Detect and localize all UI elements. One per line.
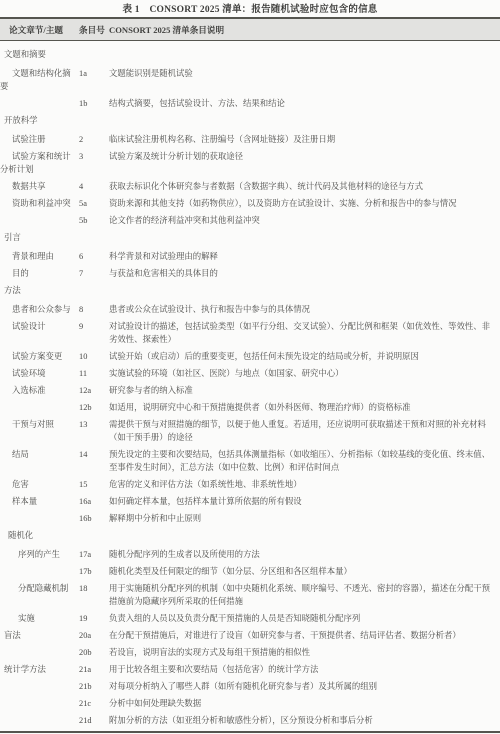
table-row: 5b论文作者的经济利益冲突和其他利益冲突 [0, 214, 500, 227]
row-topic: 试验方案变更 [0, 350, 72, 363]
section-label: 方法 [0, 284, 500, 297]
table-row: 文题和结构化摘要1a文题能识别是随机试验 [0, 67, 500, 93]
row-description: 研究参与者的纳入标准 [109, 384, 500, 397]
row-description: 对试验设计的描述，包括试验类型（如平行分组、交叉试验）、分配比例和框架（如优效性… [109, 320, 500, 346]
section-row: 文题和摘要 [0, 48, 500, 61]
row-description: 如适用，说明研究中心和干预措施提供者（如外科医师、物理治疗师）的资格标准 [109, 401, 500, 414]
row-description: 试验方案及统计分析计划的获取途径 [109, 150, 500, 176]
row-item-number: 20b [72, 646, 109, 659]
row-item-number: 7 [72, 267, 109, 280]
table-title: 表 1 CONSORT 2025 清单：报告随机试验时应包含的信息 [0, 0, 500, 17]
table-row: 入选标准12a研究参与者的纳入标准 [0, 384, 500, 397]
row-topic [0, 714, 72, 727]
table-row: 分配隐藏机制18用于实施随机分配序列的机制（如中央随机化系统、顺序编号、不透光、… [0, 582, 500, 608]
header-item-number: 条目号 [72, 24, 109, 36]
row-item-number: 11 [72, 367, 109, 380]
row-item-number: 16a [72, 495, 109, 508]
table-row: 16b解释期中分析和中止原则 [0, 512, 500, 525]
row-description: 随机化类型及任何限定的细节（如分层、分区组和各区组样本量） [109, 565, 500, 578]
row-topic: 试验注册 [0, 133, 72, 146]
row-item-number: 12b [72, 401, 109, 414]
row-topic: 试验环境 [0, 367, 72, 380]
row-topic: 数据共享 [0, 180, 72, 193]
row-topic: 背景和理由 [0, 250, 72, 263]
row-item-number: 8 [72, 303, 109, 316]
row-description: 文题能识别是随机试验 [109, 67, 500, 93]
table-row: 试验环境11实施试验的环境（如社区、医院）与地点（如国家、研究中心） [0, 367, 500, 380]
row-description: 危害的定义和评估方法（如系统性地、非系统性地） [109, 478, 500, 491]
row-item-number: 5a [72, 197, 109, 210]
table-row: 20b若设盲，说明盲法的实现方式及每组干预措施的相似性 [0, 646, 500, 659]
section-label: 开放科学 [0, 114, 500, 127]
row-item-number: 2 [72, 133, 109, 146]
section-label: 引言 [0, 231, 500, 244]
row-item-number: 1b [72, 97, 109, 110]
row-item-number: 14 [72, 448, 109, 474]
row-description: 获取去标识化个体研究参与者数据（含数据字典）、统计代码及其他材料的途径与方式 [109, 180, 500, 193]
row-item-number: 4 [72, 180, 109, 193]
table-row: 结局14预先设定的主要和次要结局，包括具体测量指标（如收缩压）、分析指标（如较基… [0, 448, 500, 474]
table-row: 样本量16a如何确定样本量，包括样本量计算所依据的所有假设 [0, 495, 500, 508]
row-topic: 试验设计 [0, 320, 72, 346]
row-topic: 目的 [0, 267, 72, 280]
row-item-number: 21d [72, 714, 109, 727]
row-item-number: 5b [72, 214, 109, 227]
row-description: 在分配干预措施后，对谁进行了设盲（如研究参与者、干预提供者、结局评估者、数据分析… [109, 629, 500, 642]
row-description: 对每项分析纳入了哪些人群（如所有随机化研究参与者）及其所属的组别 [109, 680, 500, 693]
row-description: 与获益和危害相关的具体目的 [109, 267, 500, 280]
header-topic: 论文章节/主题 [0, 24, 72, 36]
row-description: 随机分配序列的生成者以及所使用的方法 [109, 548, 500, 561]
row-topic: 危害 [0, 478, 72, 491]
row-description: 论文作者的经济利益冲突和其他利益冲突 [109, 214, 500, 227]
row-topic [0, 565, 72, 578]
section-row: 开放科学 [0, 114, 500, 127]
row-item-number: 18 [72, 582, 109, 608]
row-topic [0, 214, 72, 227]
row-item-number: 17b [72, 565, 109, 578]
row-item-number: 10 [72, 350, 109, 363]
table-row: 21d附加分析的方法（如亚组分析和敏感性分析），区分预设分析和事后分析 [0, 714, 500, 727]
row-topic: 资助和利益冲突 [0, 197, 72, 210]
row-topic: 试验方案和统计分析计划 [0, 150, 72, 176]
row-description: 附加分析的方法（如亚组分析和敏感性分析），区分预设分析和事后分析 [109, 714, 500, 727]
row-item-number: 3 [72, 150, 109, 176]
row-topic: 干预与对照 [0, 418, 72, 444]
row-description: 预先设定的主要和次要结局，包括具体测量指标（如收缩压）、分析指标（如较基线的变化… [109, 448, 500, 474]
row-item-number: 21c [72, 697, 109, 710]
row-topic: 分配隐藏机制 [0, 582, 72, 608]
row-description: 资助来源和其他支持（如药物供应），以及资助方在试验设计、实施、分析和报告中的参与… [109, 197, 500, 210]
section-label: 随机化 [0, 529, 500, 542]
row-item-number: 13 [72, 418, 109, 444]
row-description: 结构式摘要，包括试验设计、方法、结果和结论 [109, 97, 500, 110]
row-description: 实施试验的环境（如社区、医院）与地点（如国家、研究中心） [109, 367, 500, 380]
row-topic [0, 512, 72, 525]
row-topic [0, 680, 72, 693]
section-row: 引言 [0, 231, 500, 244]
row-description: 分析中如何处理缺失数据 [109, 697, 500, 710]
row-description: 若设盲，说明盲法的实现方式及每组干预措施的相似性 [109, 646, 500, 659]
table-row: 试验方案和统计分析计划3试验方案及统计分析计划的获取途径 [0, 150, 500, 176]
row-description: 试验开始（或启动）后的重要变更，包括任何未预先设定的结局或分析，并说明原因 [109, 350, 500, 363]
table-row: 患者和公众参与8患者或公众在试验设计、执行和报告中参与的具体情况 [0, 303, 500, 316]
header-description: CONSORT 2025 清单条目说明 [109, 24, 500, 36]
table-row: 目的7与获益和危害相关的具体目的 [0, 267, 500, 280]
table-row: 数据共享4获取去标识化个体研究参与者数据（含数据字典）、统计代码及其他材料的途径… [0, 180, 500, 193]
row-description: 如何确定样本量，包括样本量计算所依据的所有假设 [109, 495, 500, 508]
table-row: 资助和利益冲突5a资助来源和其他支持（如药物供应），以及资助方在试验设计、实施、… [0, 197, 500, 210]
row-item-number: 21a [72, 663, 109, 676]
row-topic: 样本量 [0, 495, 72, 508]
table-row: 背景和理由6科学背景和对试验理由的解释 [0, 250, 500, 263]
section-row: 方法 [0, 284, 500, 297]
table-row: 试验设计9对试验设计的描述，包括试验类型（如平行分组、交叉试验）、分配比例和框架… [0, 320, 500, 346]
row-item-number: 15 [72, 478, 109, 491]
row-item-number: 6 [72, 250, 109, 263]
row-description: 解释期中分析和中止原则 [109, 512, 500, 525]
table-row: 21c分析中如何处理缺失数据 [0, 697, 500, 710]
table-header-row: 论文章节/主题 条目号 CONSORT 2025 清单条目说明 [0, 17, 500, 41]
row-topic [0, 401, 72, 414]
table-body: 文题和摘要文题和结构化摘要1a文题能识别是随机试验1b结构式摘要，包括试验设计、… [0, 41, 500, 727]
table-row: 17b随机化类型及任何限定的细节（如分层、分区组和各区组样本量） [0, 565, 500, 578]
row-topic: 实施 [0, 612, 72, 625]
row-description: 用于比较各组主要和次要结局（包括危害）的统计学方法 [109, 663, 500, 676]
row-topic: 盲法 [0, 629, 72, 642]
row-topic: 统计学方法 [0, 663, 72, 676]
row-description: 科学背景和对试验理由的解释 [109, 250, 500, 263]
row-topic: 序列的产生 [0, 548, 72, 561]
row-item-number: 1a [72, 67, 109, 93]
row-item-number: 17a [72, 548, 109, 561]
row-topic [0, 697, 72, 710]
table-row: 12b如适用，说明研究中心和干预措施提供者（如外科医师、物理治疗师）的资格标准 [0, 401, 500, 414]
table-row: 序列的产生17a随机分配序列的生成者以及所使用的方法 [0, 548, 500, 561]
row-topic: 入选标准 [0, 384, 72, 397]
row-item-number: 21b [72, 680, 109, 693]
table-row: 试验方案变更10试验开始（或启动）后的重要变更，包括任何未预先设定的结局或分析，… [0, 350, 500, 363]
row-description: 需提供干预与对照措施的细节，以便于他人重复。若适用，还应说明可获取描述干预和对照… [109, 418, 500, 444]
table-row: 干预与对照13需提供干预与对照措施的细节，以便于他人重复。若适用，还应说明可获取… [0, 418, 500, 444]
row-item-number: 12a [72, 384, 109, 397]
table-row: 盲法20a在分配干预措施后，对谁进行了设盲（如研究参与者、干预提供者、结局评估者… [0, 629, 500, 642]
row-topic: 患者和公众参与 [0, 303, 72, 316]
row-item-number: 19 [72, 612, 109, 625]
paper-table-page: 表 1 CONSORT 2025 清单：报告随机试验时应包含的信息 论文章节/主… [0, 0, 500, 734]
table-row: 实施19负责入组的人员以及负责分配干预措施的人员是否知晓随机分配序列 [0, 612, 500, 625]
row-item-number: 16b [72, 512, 109, 525]
row-topic [0, 97, 72, 110]
section-label: 文题和摘要 [0, 48, 500, 61]
row-item-number: 20a [72, 629, 109, 642]
table-row: 试验注册2临床试验注册机构名称、注册编号（含网址链接）及注册日期 [0, 133, 500, 146]
row-item-number: 9 [72, 320, 109, 346]
table-row: 危害15危害的定义和评估方法（如系统性地、非系统性地） [0, 478, 500, 491]
table-bottom-rule [0, 731, 500, 733]
row-topic [0, 646, 72, 659]
table-row: 21b对每项分析纳入了哪些人群（如所有随机化研究参与者）及其所属的组别 [0, 680, 500, 693]
row-description: 用于实施随机分配序列的机制（如中央随机化系统、顺序编号、不透光、密封的容器），描… [109, 582, 500, 608]
row-topic: 结局 [0, 448, 72, 474]
table-row: 统计学方法21a用于比较各组主要和次要结局（包括危害）的统计学方法 [0, 663, 500, 676]
section-row: 随机化 [0, 529, 500, 542]
row-description: 临床试验注册机构名称、注册编号（含网址链接）及注册日期 [109, 133, 500, 146]
row-topic: 文题和结构化摘要 [0, 67, 72, 93]
row-description: 负责入组的人员以及负责分配干预措施的人员是否知晓随机分配序列 [109, 612, 500, 625]
table-row: 1b结构式摘要，包括试验设计、方法、结果和结论 [0, 97, 500, 110]
row-description: 患者或公众在试验设计、执行和报告中参与的具体情况 [109, 303, 500, 316]
